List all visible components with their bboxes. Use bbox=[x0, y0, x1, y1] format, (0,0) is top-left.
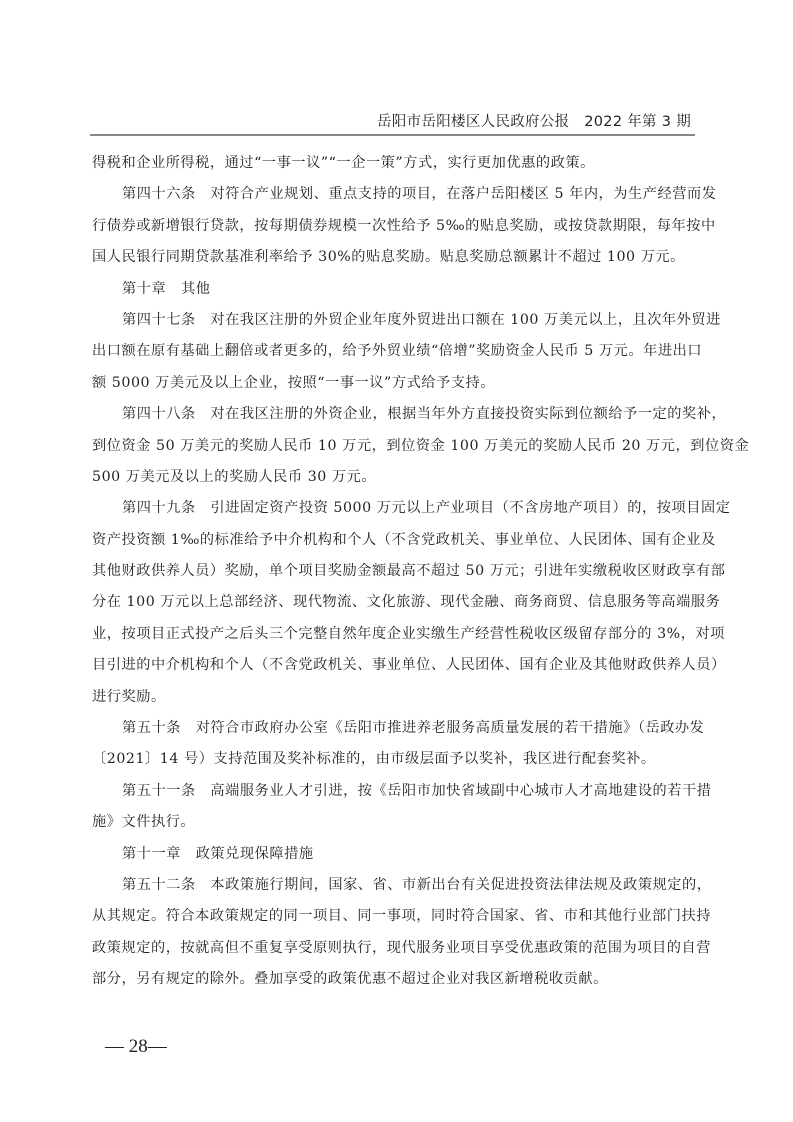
gazette-title: 岳阳市岳阳楼区人民政府公报 2022 年第 3 期 bbox=[377, 110, 691, 131]
article-46-line: 行债券或新增银行贷款，按每期债券规模一次性给予 5‰的贴息奖励，或按贷款期限，每… bbox=[92, 211, 700, 242]
document-body: 得税和企业所得税，通过“一事一议”“一企一策”方式，实行更加优惠的政策。 第四十… bbox=[92, 148, 700, 996]
article-49-line: 资产投资额 1‰的标准给予中介机构和个人（不含党政机关、事业单位、人民团体、国有… bbox=[92, 525, 700, 556]
article-51-line: 第五十一条 高端服务业人才引进，按《岳阳市加快省域副中心城市人才高地建设的若干措 bbox=[92, 776, 700, 807]
article-50-line: 〔2021〕14 号）支持范围及奖补标准的，由市级层面予以奖补，我区进行配套奖补… bbox=[92, 744, 700, 775]
page-number: — 28— bbox=[105, 1036, 167, 1058]
article-47-line: 出口额在原有基础上翻倍或者更多的，给予外贸业绩“倍增”奖励资金人民币 5 万元。… bbox=[92, 336, 700, 367]
article-49-line: 第四十九条 引进固定资产投资 5000 万元以上产业项目（不含房地产项目）的，按… bbox=[92, 493, 700, 524]
article-49-line: 进行奖励。 bbox=[92, 682, 700, 713]
article-49-line: 分在 100 万元以上总部经济、现代物流、文化旅游、现代金融、商务商贸、信息服务… bbox=[92, 587, 700, 618]
article-47-line: 第四十七条 对在我区注册的外贸企业年度外贸进出口额在 100 万美元以上，且次年… bbox=[92, 305, 700, 336]
article-52-line: 政策规定的，按就高但不重复享受原则执行，现代服务业项目享受优惠政策的范围为项目的… bbox=[92, 933, 700, 964]
article-51-line: 施》文件执行。 bbox=[92, 807, 700, 838]
article-50-line: 第五十条 对符合市政府办公室《岳阳市推进养老服务高质量发展的若干措施》（岳政办发 bbox=[92, 713, 700, 744]
article-46-line: 第四十六条 对符合产业规划、重点支持的项目，在落户岳阳楼区 5 年内，为生产经营… bbox=[92, 179, 700, 210]
article-49-line: 其他财政供养人员）奖励，单个项目奖励金额最高不超过 50 万元；引进年实缴税收区… bbox=[92, 556, 700, 587]
chapter-10-heading: 第十章 其他 bbox=[92, 274, 700, 305]
article-52-line: 部分，另有规定的除外。叠加享受的政策优惠不超过企业对我区新增税收贡献。 bbox=[92, 964, 700, 995]
article-52-line: 第五十二条 本政策施行期间，国家、省、市新出台有关促进投资法律法规及政策规定的， bbox=[92, 870, 700, 901]
article-49-line: 业，按项目正式投产之后头三个完整自然年度企业实缴生产经营性税收区级留存部分的 3… bbox=[92, 619, 700, 650]
article-48-line: 第四十八条 对在我区注册的外资企业，根据当年外方直接投资实际到位额给予一定的奖补… bbox=[92, 399, 700, 430]
article-46-line: 国人民银行同期贷款基准利率给予 30%的贴息奖励。贴息奖励总额累计不超过 100… bbox=[92, 242, 700, 273]
article-48-line: 500 万美元及以上的奖励人民币 30 万元。 bbox=[92, 462, 700, 493]
article-52-line: 从其规定。符合本政策规定的同一项目、同一事项，同时符合国家、省、市和其他行业部门… bbox=[92, 901, 700, 932]
article-48-line: 到位资金 50 万美元的奖励人民币 10 万元，到位资金 100 万美元的奖励人… bbox=[92, 431, 700, 462]
chapter-11-heading: 第十一章 政策兑现保障措施 bbox=[92, 839, 700, 870]
article-47-line: 额 5000 万美元及以上企业，按照“一事一议”方式给予支持。 bbox=[92, 368, 700, 399]
text-line: 得税和企业所得税，通过“一事一议”“一企一策”方式，实行更加优惠的政策。 bbox=[92, 148, 700, 179]
article-49-line: 目引进的中介机构和个人（不含党政机关、事业单位、人民团体、国有企业及其他财政供养… bbox=[92, 650, 700, 681]
page-header: 岳阳市岳阳楼区人民政府公报 2022 年第 3 期 bbox=[90, 108, 695, 136]
